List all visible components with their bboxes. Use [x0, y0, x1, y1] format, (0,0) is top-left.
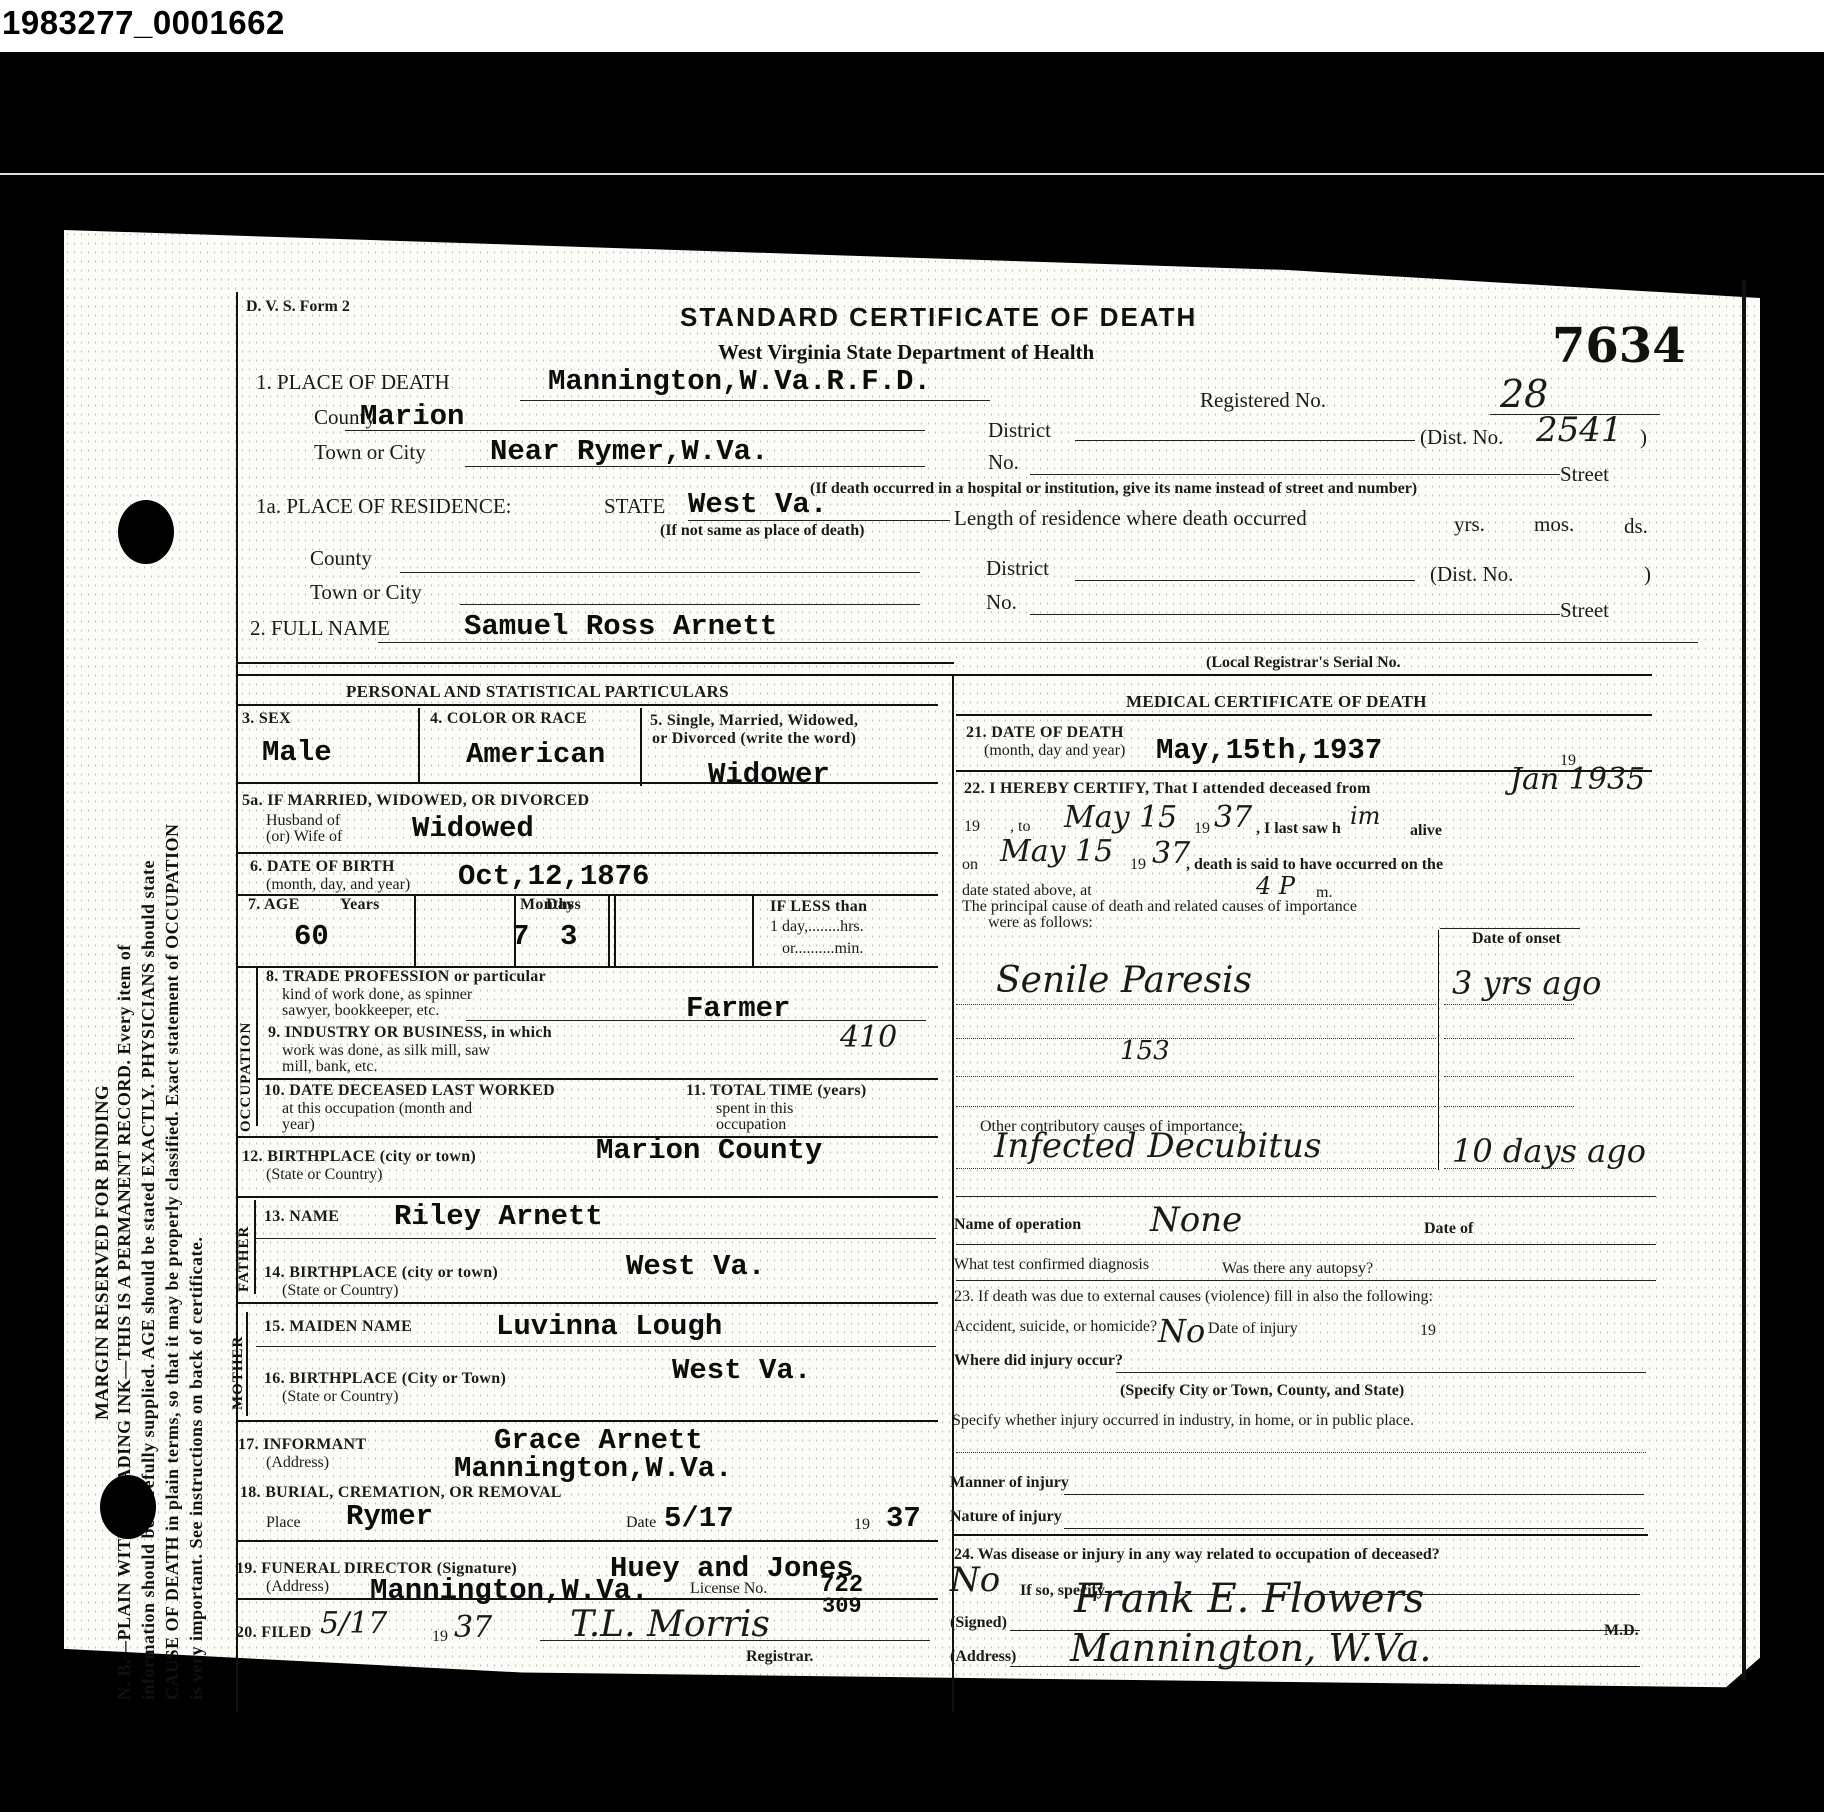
- injury-year-prefix: 19: [1420, 1322, 1436, 1340]
- occupational-value: No: [950, 1560, 1000, 1600]
- field-line: [1064, 1528, 1644, 1529]
- field-line: [345, 430, 925, 431]
- total-time-label-3: occupation: [716, 1116, 786, 1134]
- street-no-label: No.: [988, 450, 1019, 475]
- dod-value: May,15th,1937: [1156, 734, 1382, 767]
- burial-date-label: Date: [626, 1514, 656, 1532]
- burial-year: 37: [886, 1502, 921, 1535]
- field-line: [1075, 580, 1415, 581]
- field-line: [956, 1038, 1436, 1039]
- margin-line-2: N. B.—PLAIN WITH UNFADING INK—THIS IS A …: [114, 944, 135, 1700]
- other-onset: 10 days ago: [1452, 1132, 1646, 1170]
- cell-divider: [614, 896, 616, 966]
- father-birthplace-sub: (State or Country): [282, 1282, 398, 1300]
- to-year: 37: [1214, 800, 1252, 835]
- field-line: [1444, 1076, 1574, 1077]
- race-value: American: [466, 738, 605, 771]
- divider: [238, 704, 938, 706]
- burial-year-prefix: 19: [854, 1516, 870, 1534]
- filed-year-prefix: 19: [432, 1628, 448, 1646]
- other-cause: Infected Decubitus: [994, 1126, 1321, 1166]
- nature-label: Nature of injury: [950, 1508, 1062, 1526]
- informant-address-label: (Address): [266, 1454, 329, 1472]
- informant-label: 17. INFORMANT: [238, 1436, 366, 1454]
- father-section-label: FATHER: [236, 1226, 253, 1292]
- state-label: STATE: [604, 494, 665, 519]
- length-residence-label: Length of residence where death occurred: [954, 506, 1307, 531]
- divider: [238, 662, 954, 664]
- dob-value: Oct,12,1876: [458, 860, 649, 893]
- certify-label: 22. I HEREBY CERTIFY, That I attended de…: [964, 780, 1371, 798]
- res-dist-no-close: ): [1644, 562, 1651, 587]
- birthplace-sub: (State or Country): [266, 1166, 382, 1184]
- license-label: License No.: [690, 1580, 767, 1598]
- cause-code: 153: [1120, 1036, 1170, 1066]
- hospital-note: (If death occurred in a hospital or inst…: [810, 480, 1417, 498]
- occupation-section-label: OCCUPATION: [238, 1022, 255, 1132]
- last-saw-pronoun: im: [1350, 802, 1380, 830]
- attended-to: May 15: [1064, 800, 1177, 835]
- street-label: Street: [1560, 462, 1609, 487]
- spouse-value: Widowed: [412, 812, 534, 845]
- image-id: 1983277_0001662: [2, 4, 285, 42]
- physician-signature: Frank E. Flowers: [1074, 1576, 1424, 1622]
- cause-label-2: were as follows:: [988, 914, 1093, 932]
- field-line: [540, 1640, 930, 1641]
- birthplace-label: 12. BIRTHPLACE (city or town): [242, 1148, 476, 1166]
- res-county-label: County: [310, 546, 372, 571]
- certificate-title: STANDARD CERTIFICATE OF DEATH: [680, 302, 1197, 333]
- field-line: [956, 1244, 1656, 1245]
- last-worked-label-3: year): [282, 1116, 315, 1134]
- cell-divider: [414, 896, 416, 966]
- dod-sub: (month, day and year): [984, 742, 1125, 760]
- cell-divider: [418, 708, 420, 782]
- operation-value: None: [1150, 1200, 1242, 1240]
- industry-code: 410: [840, 1020, 897, 1055]
- trade-label-1: 8. TRADE PROFESSION or particular: [266, 968, 546, 986]
- field-line: [460, 604, 920, 605]
- cause-onset: 3 yrs ago: [1452, 964, 1601, 1002]
- divider: [956, 714, 1652, 716]
- yrs-label: yrs.: [1454, 512, 1485, 537]
- field-line: [956, 1196, 1656, 1197]
- race-label: 4. COLOR OR RACE: [430, 710, 587, 728]
- father-name-value: Riley Arnett: [394, 1200, 603, 1233]
- sex-value: Male: [262, 736, 332, 769]
- residence-note: (If not same as place of death): [660, 522, 864, 540]
- specify-label: Specify whether injury occurred in indus…: [952, 1412, 1414, 1430]
- residence-label: 1a. PLACE OF RESIDENCE:: [256, 494, 512, 519]
- field-line: [1444, 1106, 1574, 1107]
- field-line: [1010, 1666, 1640, 1667]
- physician-address: Mannington, W.Va.: [1070, 1626, 1431, 1670]
- age-years-value: 60: [294, 920, 329, 953]
- last-saw-label: , I last saw h: [1256, 820, 1341, 838]
- town-label: Town or City: [314, 440, 426, 465]
- district-label: District: [988, 418, 1051, 443]
- scan-background: [0, 1712, 1824, 1812]
- section-divider: [246, 1312, 248, 1416]
- res-no-label: No.: [986, 590, 1017, 615]
- mos-label: mos.: [1534, 512, 1574, 537]
- informant-address: Mannington,W.Va.: [454, 1452, 732, 1485]
- divider: [238, 1136, 938, 1138]
- divider: [238, 1196, 938, 1198]
- margin-line-4: CAUSE OF DEATH in plain terms, so that i…: [162, 824, 183, 1700]
- dod-label: 21. DATE OF DEATH: [966, 724, 1124, 742]
- field-line: [1440, 928, 1580, 929]
- divider: [238, 782, 938, 784]
- marital-label-1: 5. Single, Married, Widowed,: [650, 712, 858, 730]
- res-street-label: Street: [1560, 598, 1609, 623]
- certificate-number: 7634: [1552, 318, 1686, 374]
- attended-from: Jan 1935: [1510, 762, 1645, 797]
- field-line: [1075, 440, 1415, 441]
- divider: [238, 852, 938, 854]
- years-label: Years: [340, 896, 380, 914]
- spouse-sub-2: (or) Wife of: [266, 828, 342, 846]
- serial-no-label: (Local Registrar's Serial No.: [1206, 654, 1401, 672]
- divider: [238, 674, 1652, 676]
- mother-birthplace-value: West Va.: [672, 1354, 811, 1387]
- spouse-label: 5a. IF MARRIED, WIDOWED, OR DIVORCED: [242, 792, 589, 810]
- industry-label-1: 9. INDUSTRY OR BUSINESS, in which: [268, 1024, 552, 1042]
- filed-date: 5/17: [320, 1606, 387, 1641]
- cell-divider: [514, 896, 516, 966]
- to-prefix: 19: [964, 818, 980, 836]
- filed-label: 20. FILED: [236, 1624, 312, 1642]
- certificate-subtitle: West Virginia State Department of Health: [718, 340, 1094, 365]
- total-time-label-1: 11. TOTAL TIME (years): [686, 1082, 867, 1100]
- field-line: [956, 1168, 1436, 1169]
- father-birthplace-value: West Va.: [626, 1250, 765, 1283]
- field-line: [378, 642, 1698, 643]
- binding-hole-bottom: [100, 1475, 156, 1539]
- father-name-label: 13. NAME: [264, 1208, 339, 1226]
- field-line: [1030, 474, 1560, 475]
- last-seen-date: May 15: [1000, 834, 1113, 869]
- occupational-label: 24. Was disease or injury in any way rel…: [954, 1546, 1440, 1564]
- physician-address-label: (Address): [950, 1648, 1016, 1666]
- time-of-death: 4 P: [1256, 872, 1295, 900]
- divider: [238, 1540, 938, 1542]
- filed-year: 37: [454, 1610, 492, 1645]
- last-seen-year-prefix: 19: [1130, 856, 1146, 874]
- field-line: [256, 1238, 936, 1239]
- occurred-label: , death is said to have occurred on the: [1186, 856, 1443, 874]
- less-label-1: IF LESS than: [770, 898, 867, 916]
- divider: [238, 1598, 938, 1600]
- birthplace-value: Marion County: [596, 1134, 822, 1167]
- marital-label-2: or Divorced (write the word): [652, 730, 856, 748]
- field-line: [956, 1452, 1646, 1453]
- test-label: What test confirmed diagnosis: [954, 1256, 1149, 1274]
- dob-sub: (month, day, and year): [266, 876, 410, 894]
- registrar-signature: T.L. Morris: [570, 1604, 770, 1645]
- where-label: Where did injury occur?: [954, 1352, 1123, 1370]
- operation-date-label: Date of: [1424, 1220, 1473, 1238]
- divider: [238, 1302, 938, 1304]
- field-line: [1444, 1004, 1574, 1005]
- personal-heading: PERSONAL AND STATISTICAL PARTICULARS: [346, 682, 729, 702]
- to-year-prefix: 19: [1194, 820, 1210, 838]
- divider: [256, 1078, 938, 1080]
- burial-date: 5/17: [664, 1502, 734, 1535]
- mother-section-label: MOTHER: [230, 1336, 247, 1410]
- form-left-border: [236, 292, 238, 1712]
- father-birthplace-label: 14. BIRTHPLACE (city or town): [264, 1264, 498, 1282]
- field-line: [520, 400, 990, 401]
- town-value: Near Rymer,W.Va.: [490, 435, 768, 468]
- field-line: [1064, 1494, 1644, 1495]
- form-right-border: [1742, 280, 1746, 1680]
- less-label-2: 1 day,........hrs.: [770, 918, 864, 936]
- alive-label: alive: [1410, 822, 1442, 840]
- ds-label: ds.: [1624, 514, 1648, 539]
- margin-line-3: information should be carefully supplied…: [138, 860, 159, 1700]
- registrar-label: Registrar.: [746, 1648, 813, 1666]
- dist-no-close: ): [1640, 425, 1647, 450]
- mother-birthplace-label: 16. BIRTHPLACE (City or Town): [264, 1370, 506, 1388]
- on-label: on: [962, 856, 978, 874]
- onset-label: Date of onset: [1472, 930, 1561, 948]
- section-divider: [254, 1200, 256, 1294]
- form-number: D. V. S. Form 2: [246, 298, 350, 316]
- autopsy-label: Was there any autopsy?: [1222, 1260, 1373, 1278]
- field-line: [256, 1346, 936, 1347]
- full-name-value: Samuel Ross Arnett: [464, 610, 777, 643]
- dist-no-value: 2541: [1536, 410, 1623, 450]
- field-line: [688, 520, 950, 521]
- manner-label: Manner of injury: [950, 1474, 1069, 1492]
- registered-no-label: Registered No.: [1200, 388, 1326, 413]
- less-label-3: or..........min.: [782, 940, 863, 958]
- trade-label-3: sawyer, bookkeeper, etc.: [282, 1002, 439, 1020]
- state-value: West Va.: [688, 488, 827, 521]
- signed-suffix: M.D.: [1604, 1622, 1639, 1640]
- section-divider: [256, 966, 258, 1126]
- external-label: 23. If death was due to external causes …: [954, 1288, 1433, 1306]
- image-header: 1983277_0001662: [0, 0, 1824, 52]
- res-town-label: Town or City: [310, 580, 422, 605]
- field-line: [956, 1280, 1656, 1281]
- dist-no-label: (Dist. No.: [1420, 425, 1503, 450]
- mother-birthplace-sub: (State or Country): [282, 1388, 398, 1406]
- industry-label-3: mill, bank, etc.: [282, 1058, 378, 1076]
- margin-line-5: is very important. See instructions on b…: [186, 1237, 207, 1700]
- field-line: [465, 466, 925, 467]
- cell-divider: [640, 708, 642, 786]
- cause-of-death: Senile Paresis: [996, 960, 1252, 1001]
- medical-heading: MEDICAL CERTIFICATE OF DEATH: [1126, 692, 1427, 712]
- days-label: Days: [546, 896, 581, 914]
- burial-place: Rymer: [346, 1500, 433, 1533]
- onset-divider: [1438, 930, 1439, 1170]
- operation-label: Name of operation: [954, 1216, 1081, 1234]
- mother-name-label: 15. MAIDEN NAME: [264, 1318, 412, 1336]
- field-line: [956, 1106, 1436, 1107]
- place-of-death-value: Mannington,W.Va.R.F.D.: [548, 365, 931, 398]
- field-line: [400, 572, 920, 573]
- dob-label: 6. DATE OF BIRTH: [250, 858, 395, 876]
- signed-label: (Signed): [950, 1614, 1007, 1632]
- age-label: 7. AGE: [248, 896, 300, 914]
- marital-value: Widower: [708, 758, 830, 791]
- mother-name-value: Luvinna Lough: [496, 1310, 722, 1343]
- place-of-death-label: 1. PLACE OF DEATH: [256, 370, 450, 395]
- field-line: [956, 1076, 1436, 1077]
- field-line: [1444, 1038, 1574, 1039]
- funeral-address: Mannington,W.Va.: [370, 1574, 648, 1607]
- where-sub: (Specify City or Town, County, and State…: [1120, 1382, 1404, 1400]
- funeral-address-label: (Address): [266, 1578, 329, 1596]
- cell-divider: [608, 896, 610, 966]
- cell-divider: [752, 896, 754, 966]
- margin-line-1: MARGIN RESERVED FOR BINDING: [92, 1085, 114, 1420]
- accident-value: No: [1158, 1312, 1205, 1350]
- last-worked-label-1: 10. DATE DECEASED LAST WORKED: [264, 1082, 555, 1100]
- age-days-value: 3: [560, 920, 577, 953]
- field-line: [1444, 1168, 1574, 1169]
- field-line: [1116, 1372, 1646, 1373]
- full-name-label: 2. FULL NAME: [250, 616, 390, 641]
- res-dist-no-label: (Dist. No.: [1430, 562, 1513, 587]
- burial-place-label: Place: [266, 1514, 301, 1532]
- field-line: [956, 1004, 1436, 1005]
- last-seen-year: 37: [1152, 836, 1190, 871]
- injury-date-label: Date of injury: [1208, 1320, 1298, 1338]
- sex-label: 3. SEX: [242, 710, 291, 728]
- binding-hole-top: [118, 500, 174, 564]
- field-line: [1030, 614, 1560, 615]
- divider: [952, 1534, 1648, 1536]
- res-district-label: District: [986, 556, 1049, 581]
- county-value: Marion: [360, 400, 464, 433]
- scan-artifact-line: [0, 173, 1824, 175]
- accident-label: Accident, suicide, or homicide?: [954, 1318, 1157, 1336]
- divider: [238, 1420, 938, 1422]
